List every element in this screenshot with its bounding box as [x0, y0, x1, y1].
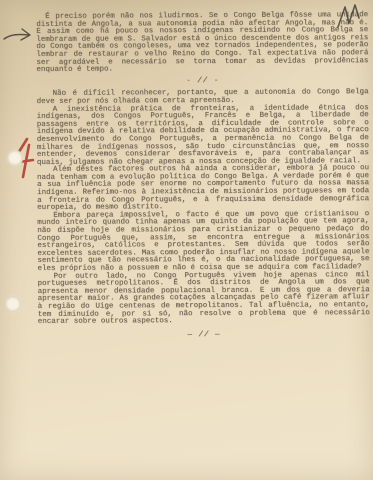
punch-hole	[5, 296, 21, 312]
handwritten-zigzag-mark-icon	[335, 3, 365, 33]
paragraph: A inexistência prática de fronteiras, a …	[37, 105, 369, 167]
handwritten-arrow-icon	[3, 26, 35, 44]
section-divider: - // -	[36, 77, 369, 86]
end-divider: — // —	[37, 331, 370, 340]
typewritten-text-block: É preciso porém não nos iludirmos. Se o …	[36, 12, 370, 345]
paragraph: Além dêstes factores outros há ainda a c…	[37, 165, 369, 212]
punch-hole	[7, 150, 23, 166]
paragraph: Por outro lado, no Congo Português vivem…	[37, 272, 369, 327]
paragraph: É preciso porém não nos iludirmos. Se o …	[36, 12, 368, 74]
paragraph: Embora pareça impossível, o facto é que …	[37, 211, 369, 273]
scanned-document-page: É preciso porém não nos iludirmos. Se o …	[0, 0, 373, 480]
